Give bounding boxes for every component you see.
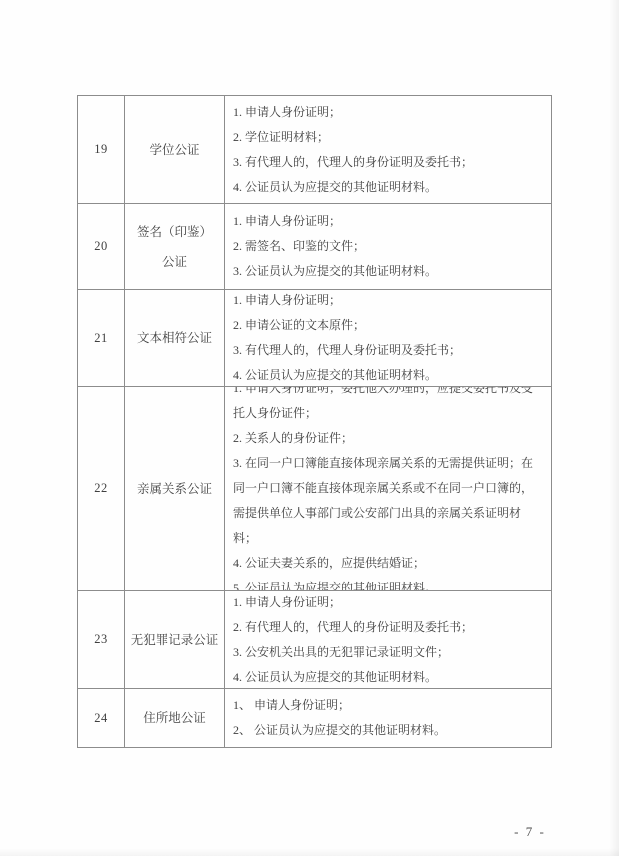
table-row: 20签名（印鉴）公证1. 申请人身份证明；2. 需签名、印鉴的文件；3. 公证员… [78,204,551,290]
material-item: 5. 公证员认为应提交的其他证明材料。 [233,576,543,590]
material-item: 2. 需签名、印鉴的文件； [233,234,543,259]
row-number-cell: 20 [78,204,125,289]
material-item: 1. 申请人身份证明；委托他人办理的，应提交委托书及受托人身份证件； [233,387,543,426]
material-item: 2. 关系人的身份证件； [233,426,543,451]
required-materials-cell: 1. 申请人身份证明；委托他人办理的，应提交委托书及受托人身份证件；2. 关系人… [225,387,551,590]
material-item: 2、 公证员认为应提交的其他证明材料。 [233,718,543,743]
notary-type-cell: 住所地公证 [125,689,225,747]
table-row: 22亲属关系公证1. 申请人身份证明；委托他人办理的，应提交委托书及受托人身份证… [78,387,551,591]
required-materials-cell: 1. 申请人身份证明；2. 申请公证的文本原件；3. 有代理人的，代理人身份证明… [225,290,551,386]
notary-type-line: 学位公证 [149,135,199,165]
material-item: 4. 公证员认为应提交的其他证明材料。 [233,175,543,200]
material-item: 3. 在同一户口簿能直接体现亲属关系的无需提供证明；在同一户口簿不能直接体现亲属… [233,451,543,551]
material-item: 4. 公证夫妻关系的，应提供结婚证； [233,551,543,576]
notary-type-line: 住所地公证 [143,703,206,733]
material-item: 1. 申请人身份证明； [233,100,543,125]
material-item: 3. 公证员认为应提交的其他证明材料。 [233,259,543,284]
material-item: 2. 申请公证的文本原件； [233,313,543,338]
required-materials-cell: 1. 申请人身份证明；2. 学位证明材料；3. 有代理人的，代理人的身份证明及委… [225,96,551,203]
material-item: 1. 申请人身份证明； [233,209,543,234]
notarization-requirements-table: 19学位公证1. 申请人身份证明；2. 学位证明材料；3. 有代理人的，代理人的… [77,95,552,748]
material-item: 3. 有代理人的，代理人的身份证明及委托书； [233,150,543,175]
scanned-document-page: 19学位公证1. 申请人身份证明；2. 学位证明材料；3. 有代理人的，代理人的… [0,0,619,856]
table-row: 24住所地公证1、 申请人身份证明；2、 公证员认为应提交的其他证明材料。 [78,689,551,747]
material-item: 1. 申请人身份证明； [233,290,543,313]
required-materials-cell: 1. 申请人身份证明；2. 需签名、印鉴的文件；3. 公证员认为应提交的其他证明… [225,204,551,289]
notary-type-cell: 无犯罪记录公证 [125,591,225,688]
page-number: - 7 - [495,824,565,840]
material-item: 1. 申请人身份证明； [233,591,543,615]
material-item: 2. 有代理人的，代理人的身份证明及委托书； [233,615,543,640]
table-row: 21文本相符公证1. 申请人身份证明；2. 申请公证的文本原件；3. 有代理人的… [78,290,551,387]
notary-type-line: 亲属关系公证 [137,474,212,504]
row-number-cell: 22 [78,387,125,590]
material-item: 3. 有代理人的，代理人身份证明及委托书； [233,338,543,363]
material-item: 3. 公安机关出具的无犯罪记录证明文件； [233,640,543,665]
material-item: 4. 公证员认为应提交的其他证明材料。 [233,363,543,386]
row-number-cell: 21 [78,290,125,386]
notary-type-cell: 签名（印鉴）公证 [125,204,225,289]
material-item: 1、 申请人身份证明； [233,693,543,718]
notary-type-line: 文本相符公证 [137,323,212,353]
required-materials-cell: 1、 申请人身份证明；2、 公证员认为应提交的其他证明材料。 [225,689,551,747]
material-item: 4. 公证员认为应提交的其他证明材料。 [233,665,543,689]
material-item: 2. 学位证明材料； [233,125,543,150]
notary-type-line: 无犯罪记录公证 [131,625,219,655]
table-row: 19学位公证1. 申请人身份证明；2. 学位证明材料；3. 有代理人的，代理人的… [78,96,551,204]
notary-type-line: 公证 [162,247,187,277]
row-number-cell: 24 [78,689,125,747]
notary-type-cell: 文本相符公证 [125,290,225,386]
required-materials-cell: 1. 申请人身份证明；2. 有代理人的，代理人的身份证明及委托书；3. 公安机关… [225,591,551,688]
notary-type-cell: 学位公证 [125,96,225,203]
row-number-cell: 19 [78,96,125,203]
table-row: 23无犯罪记录公证1. 申请人身份证明；2. 有代理人的，代理人的身份证明及委托… [78,591,551,689]
notary-type-line: 签名（印鉴） [137,217,212,247]
row-number-cell: 23 [78,591,125,688]
notary-type-cell: 亲属关系公证 [125,387,225,590]
